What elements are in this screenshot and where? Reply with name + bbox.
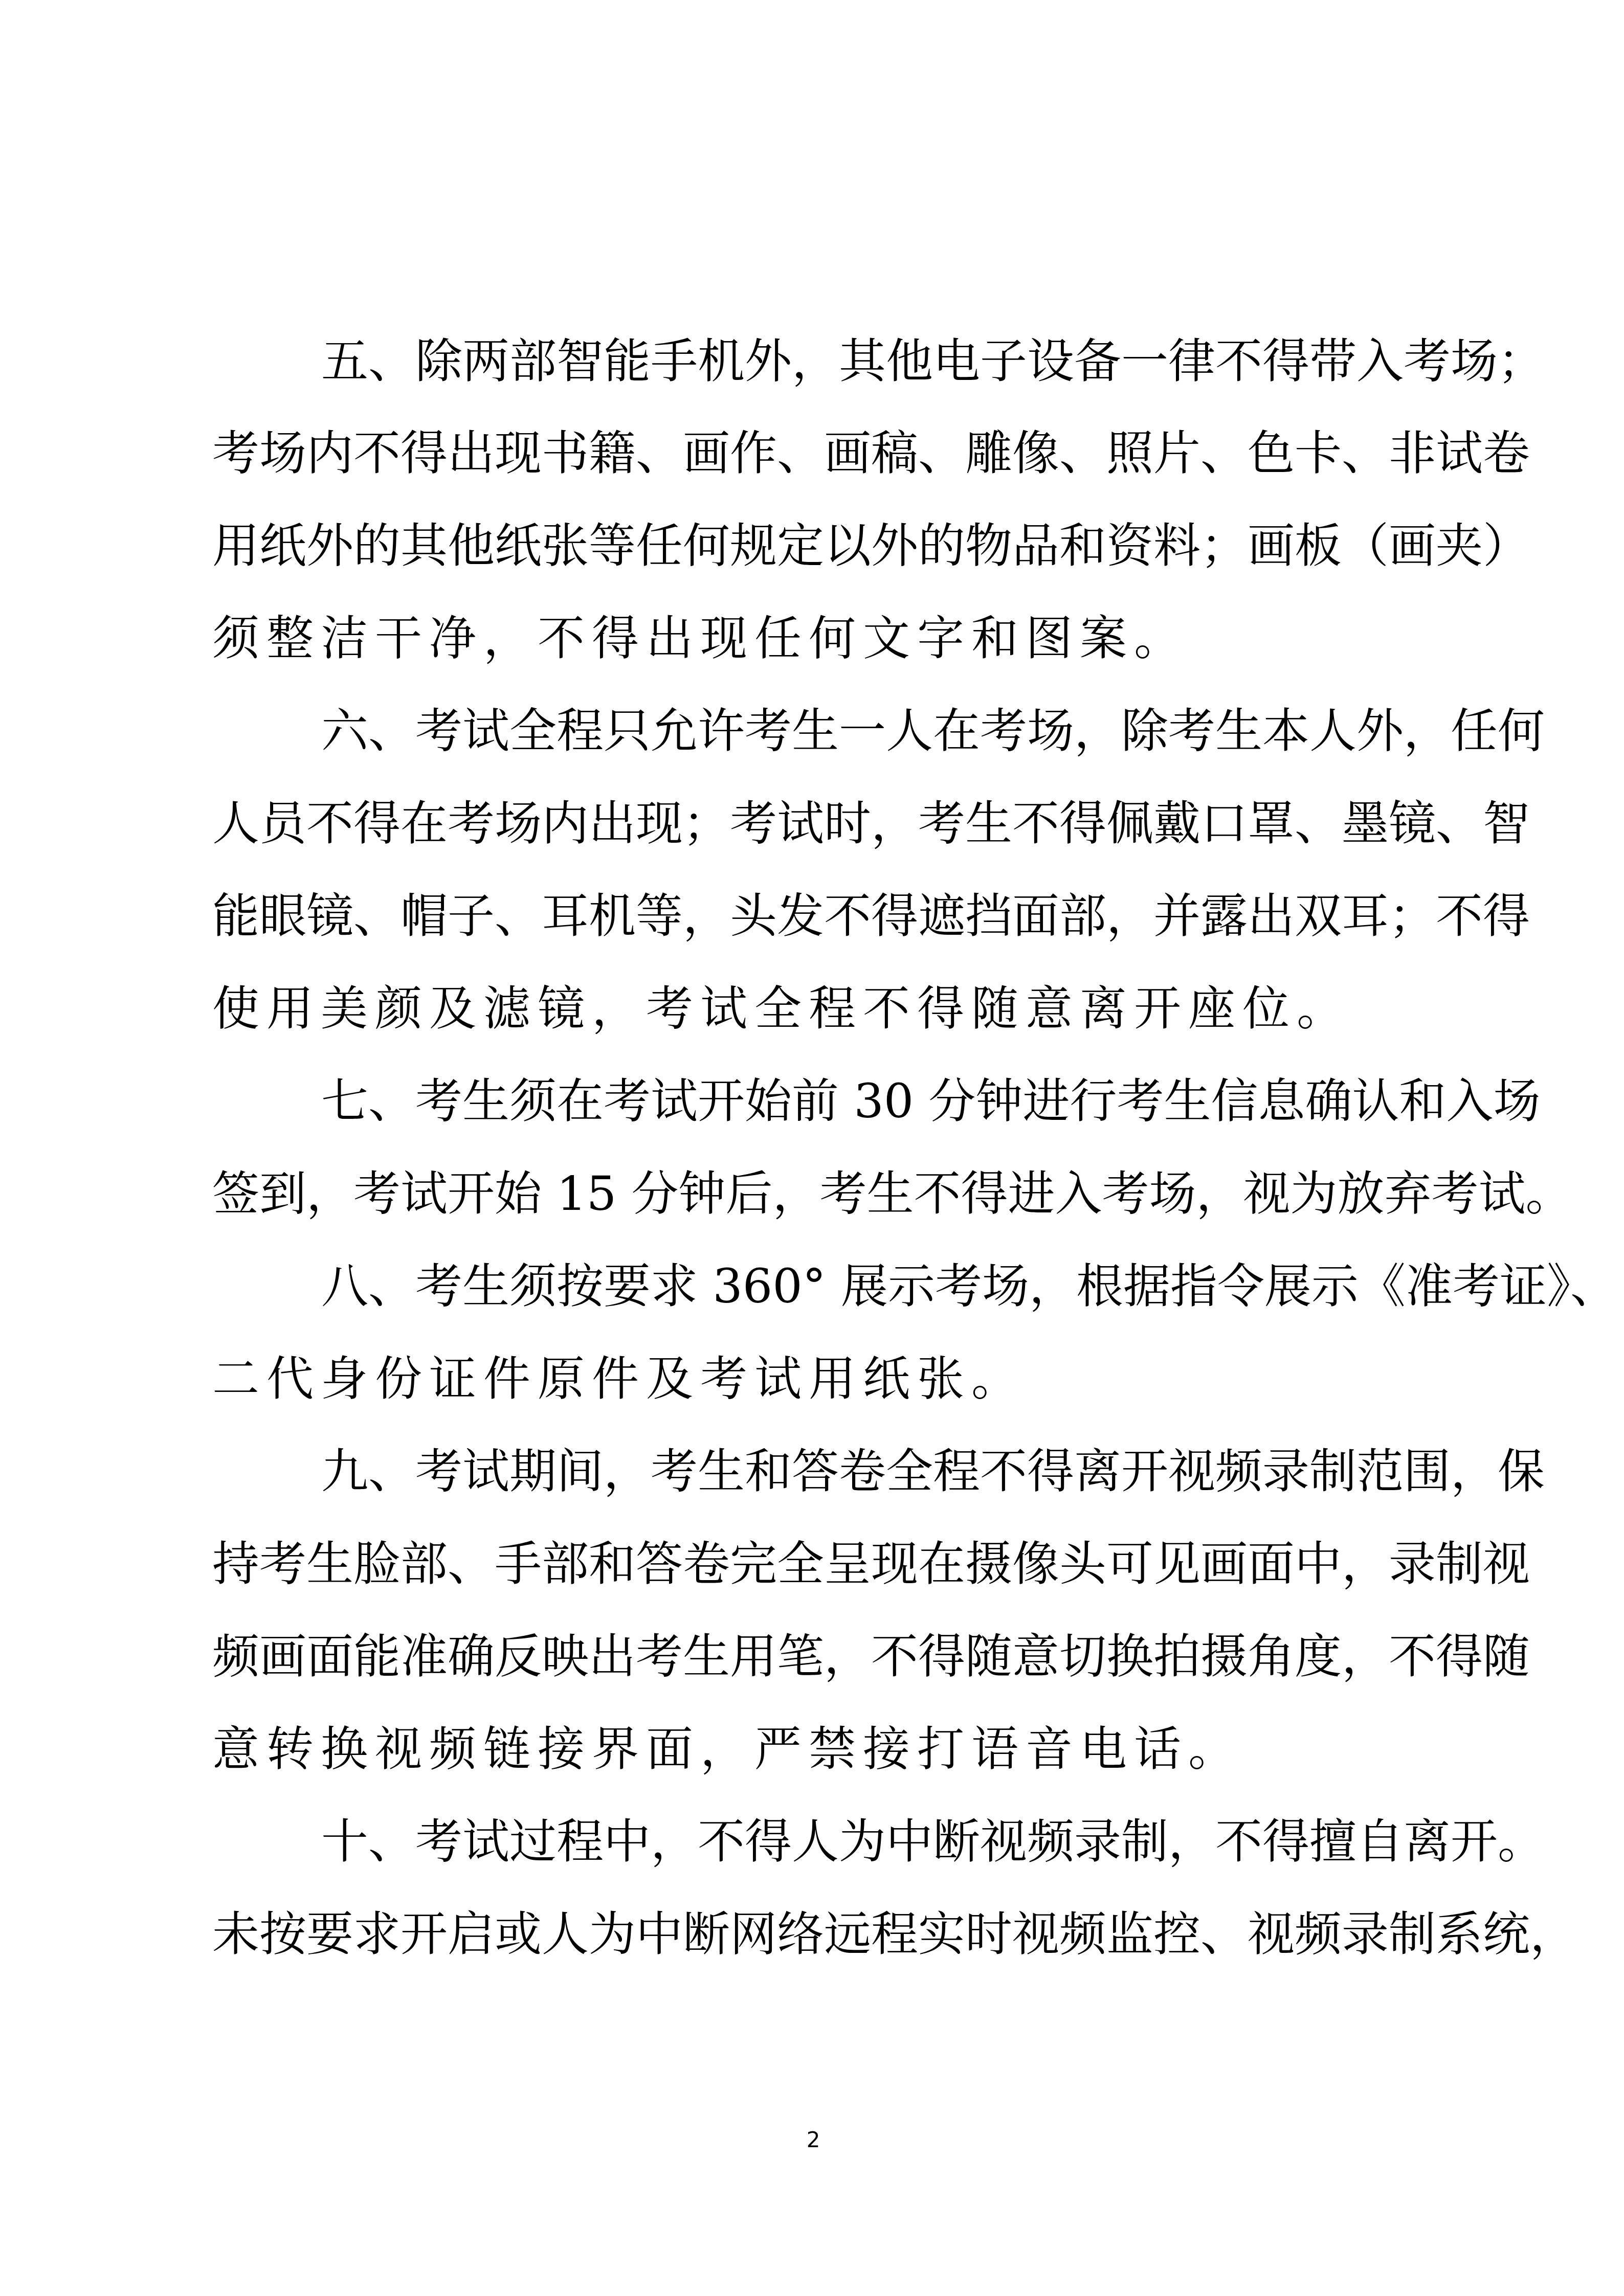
paragraph-10-line-1: 十、考试过程中，不得人为中断视频录制，不得擅自离开。 (321, 1809, 1412, 1875)
paragraph-9-line-2: 持考生脸部、手部和答卷完全呈现在摄像头可见画面中，录制视 (212, 1531, 1412, 1597)
paragraph-7-line-1: 七、考生须在考试开始前 30 分钟进行考生信息确认和入场 (321, 1068, 1412, 1135)
paragraph-9-line-4: 意转换视频链接界面，严禁接打语音电话。 (212, 1716, 1412, 1783)
paragraph-6-line-2: 人员不得在考场内出现；考试时，考生不得佩戴口罩、墨镜、智 (212, 791, 1412, 857)
paragraph-5-line-3: 用纸外的其他纸张等任何规定以外的物品和资料；画板（画夹） (212, 513, 1412, 579)
paragraph-5-line-2: 考场内不得出现书籍、画作、画稿、雕像、照片、色卡、非试卷 (212, 420, 1412, 487)
page-number: 2 (798, 2127, 829, 2153)
paragraph-10-line-2: 未按要求开启或人为中断网络远程实时视频监控、视频录制系统， (212, 1901, 1412, 1968)
document-page: 五、除两部智能手机外，其他电子设备一律不得带入考场； 考场内不得出现书籍、画作、… (0, 0, 1624, 2296)
paragraph-9-line-3: 频画面能准确反映出考生用笔，不得随意切换拍摄角度，不得随 (212, 1624, 1412, 1690)
paragraph-7-line-2: 签到，考试开始 15 分钟后，考生不得进入考场，视为放弃考试。 (212, 1161, 1412, 1227)
paragraph-5-line-1: 五、除两部智能手机外，其他电子设备一律不得带入考场； (321, 328, 1412, 395)
paragraph-8-line-2: 二代身份证件原件及考试用纸张。 (212, 1346, 1412, 1412)
paragraph-9-line-1: 九、考试期间，考生和答卷全程不得离开视频录制范围，保 (321, 1438, 1412, 1505)
paragraph-5-line-4: 须整洁干净，不得出现任何文字和图案。 (212, 605, 1412, 672)
paragraph-8-line-1: 八、考生须按要求 360° 展示考场，根据指令展示《准考证》、 (321, 1253, 1412, 1320)
paragraph-6-line-4: 使用美颜及滤镜，考试全程不得随意离开座位。 (212, 976, 1412, 1042)
paragraph-6-line-1: 六、考试全程只允许考生一人在考场，除考生本人外，任何 (321, 698, 1412, 764)
paragraph-6-line-3: 能眼镜、帽子、耳机等，头发不得遮挡面部，并露出双耳；不得 (212, 883, 1412, 950)
